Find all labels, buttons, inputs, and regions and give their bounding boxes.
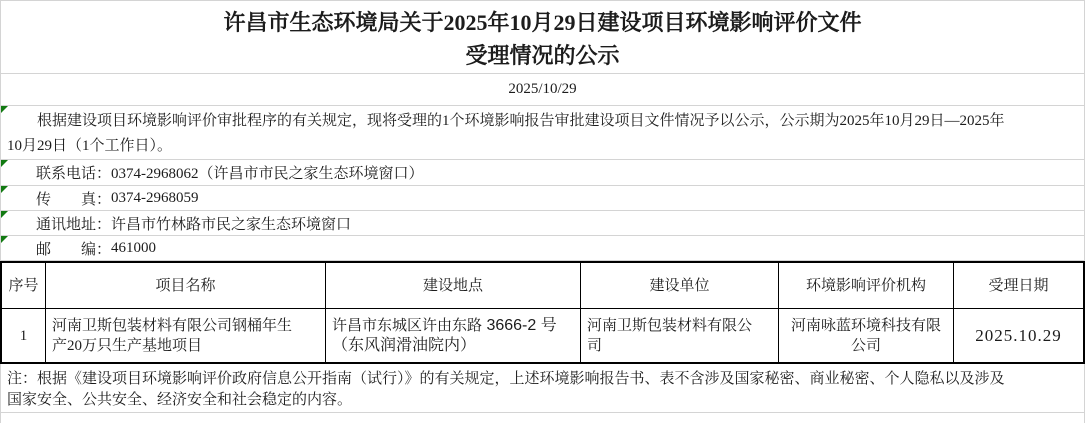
- contact-row-phone: 联系电话： 0374-2968062（许昌市市民之家生态环境窗口）: [0, 160, 1085, 186]
- header-agency: 环境影响评价机构: [779, 263, 954, 308]
- header-accept-date: 受理日期: [954, 263, 1083, 308]
- address-label: 通讯地址：: [36, 213, 111, 234]
- location-main-text: 许昌市东城区许由东路: [332, 318, 482, 334]
- header-project-name: 项目名称: [46, 263, 326, 308]
- address-value: 许昌市竹林路市民之家生态环境窗口: [111, 213, 351, 234]
- table-row: 1 河南卫斯包装材料有限公司钢桶年生 产20万只生产基地项目 许昌市东城区许由东…: [2, 309, 1083, 362]
- footnote: 注：根据《建设项目环境影响评价政府信息公开指南（试行）》的有关规定，上述环境影响…: [0, 364, 1085, 413]
- green-corner-marker-icon: [1, 211, 8, 218]
- postcode-value: 461000: [111, 240, 156, 257]
- phone-value: 0374-2968062（许昌市市民之家生态环境窗口）: [111, 162, 424, 183]
- green-corner-marker-icon: [1, 160, 8, 167]
- contact-row-address: 通讯地址： 许昌市竹林路市民之家生态环境窗口: [0, 211, 1085, 236]
- contact-row-fax: 传 真： 0374-2968059: [0, 186, 1085, 211]
- cell-accept-date: 2025.10.29: [954, 309, 1083, 362]
- intro-paragraph: 根据建设项目环境影响评价审批程序的有关规定，现将受理的1个环境影响报告审批建设项…: [7, 109, 1078, 159]
- cell-agency: 河南咏蓝环境科技有限 公司: [779, 309, 954, 362]
- projects-table: 序号 项目名称 建设地点 建设单位 环境影响评价机构 受理日期 1 河南卫斯包装…: [0, 261, 1085, 364]
- green-corner-marker-icon: [1, 106, 8, 113]
- green-corner-marker-icon: [1, 186, 8, 193]
- page-title: 许昌市生态环境局关于2025年10月29日建设项目环境影响评价文件 受理情况的公…: [0, 0, 1085, 74]
- postcode-label: 邮 编：: [36, 238, 111, 259]
- cell-project-name: 河南卫斯包装材料有限公司钢桶年生 产20万只生产基地项目: [46, 309, 326, 362]
- green-corner-marker-icon: [1, 236, 8, 243]
- notice-date: 2025/10/29: [0, 74, 1085, 106]
- bottom-margin: [0, 413, 1085, 423]
- notice-document: 许昌市生态环境局关于2025年10月29日建设项目环境影响评价文件 受理情况的公…: [0, 0, 1085, 423]
- contact-row-postcode: 邮 编： 461000: [0, 236, 1085, 261]
- cell-unit: 河南卫斯包装材料有限公 司: [581, 309, 779, 362]
- intro-paragraph-row: 根据建设项目环境影响评价审批程序的有关规定，现将受理的1个环境影响报告审批建设项…: [0, 106, 1085, 160]
- fax-label: 传 真：: [36, 188, 111, 209]
- cell-index: 1: [2, 309, 46, 362]
- header-index: 序号: [2, 263, 46, 308]
- phone-label: 联系电话：: [36, 162, 111, 183]
- cell-location: 许昌市东城区许由东路 3666-2 号 （东风润滑油院内）: [326, 309, 581, 362]
- header-unit: 建设单位: [581, 263, 779, 308]
- table-header-row: 序号 项目名称 建设地点 建设单位 环境影响评价机构 受理日期: [2, 263, 1083, 309]
- fax-value: 0374-2968059: [111, 190, 199, 207]
- header-location: 建设地点: [326, 263, 581, 308]
